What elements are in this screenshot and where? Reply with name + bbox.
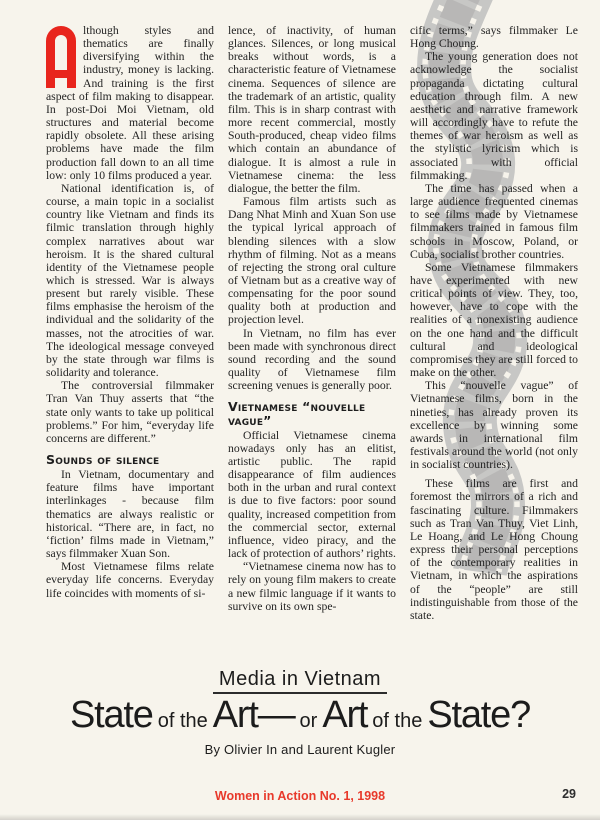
page-footer: Women in Action No. 1, 1998 29 — [0, 787, 600, 805]
headline-word: of the — [372, 710, 422, 732]
headline-word: Art — [322, 694, 367, 736]
magazine-page: Although styles and thematics are finall… — [0, 0, 600, 820]
headline-word: Art— — [213, 694, 295, 736]
paragraph: This “nouvelle vague” of Vietnamese film… — [410, 379, 578, 471]
paragraph: The time has passed when a large audienc… — [410, 182, 578, 261]
kicker-row: Media in Vietnam — [0, 668, 600, 694]
paragraph: Famous film artists such as Dang Nhat Mi… — [228, 195, 396, 327]
paragraph: Most Vietnamese films relate everyday li… — [46, 560, 214, 599]
paragraph: These films are first and foremost the m… — [410, 477, 578, 622]
paragraph: In Vietnam, no film has ever been made w… — [228, 327, 396, 393]
byline: By Olivier In and Laurent Kugler — [0, 742, 600, 757]
title-block: Media in Vietnam Stateof theArt—orArtof … — [0, 668, 600, 757]
paragraph-intro: Although styles and thematics are finall… — [46, 24, 214, 182]
page-number: 29 — [562, 787, 576, 801]
headline-word: of the — [158, 710, 208, 732]
kicker: Media in Vietnam — [213, 668, 387, 694]
paragraph: “Vietnamese cinema now has to rely on yo… — [228, 560, 396, 613]
section-heading-nouvelle-vague: Vietnamese “nouvelle vague” — [228, 400, 396, 426]
paragraph: National identification is, of course, a… — [46, 182, 214, 379]
paragraph: cific terms,” says filmmaker Le Hong Cho… — [410, 24, 578, 50]
article-columns: Although styles and thematics are finall… — [46, 24, 578, 622]
headline-word: or — [300, 710, 318, 732]
headline: Stateof theArt—orArtof theState? — [0, 696, 600, 736]
paragraph: In Vietnam, documentary and feature film… — [46, 468, 214, 560]
drop-cap-a: A — [46, 26, 76, 88]
paragraph: Some Vietnamese filmmakers have experime… — [410, 261, 578, 379]
headline-word: State — [70, 694, 153, 736]
column-3: cific terms,” says filmmaker Le Hong Cho… — [410, 24, 578, 622]
page-edge-shadow — [0, 814, 600, 820]
column-1: Although styles and thematics are finall… — [46, 24, 214, 622]
column-2: lence, of inactivity, of human glances. … — [228, 24, 396, 622]
journal-name: Women in Action No. 1, 1998 — [215, 789, 385, 803]
paragraph: The controversial filmmaker Tran Van Thu… — [46, 379, 214, 445]
drop-cap-letter: A — [76, 26, 77, 27]
section-heading-sounds-of-silence: Sounds of silence — [46, 453, 214, 466]
paragraph: Official Vietnamese cinema nowadays only… — [228, 429, 396, 561]
headline-word: State? — [427, 694, 530, 736]
paragraph: lence, of inactivity, of human glances. … — [228, 24, 396, 195]
paragraph: The young generation does not acknowledg… — [410, 50, 578, 182]
